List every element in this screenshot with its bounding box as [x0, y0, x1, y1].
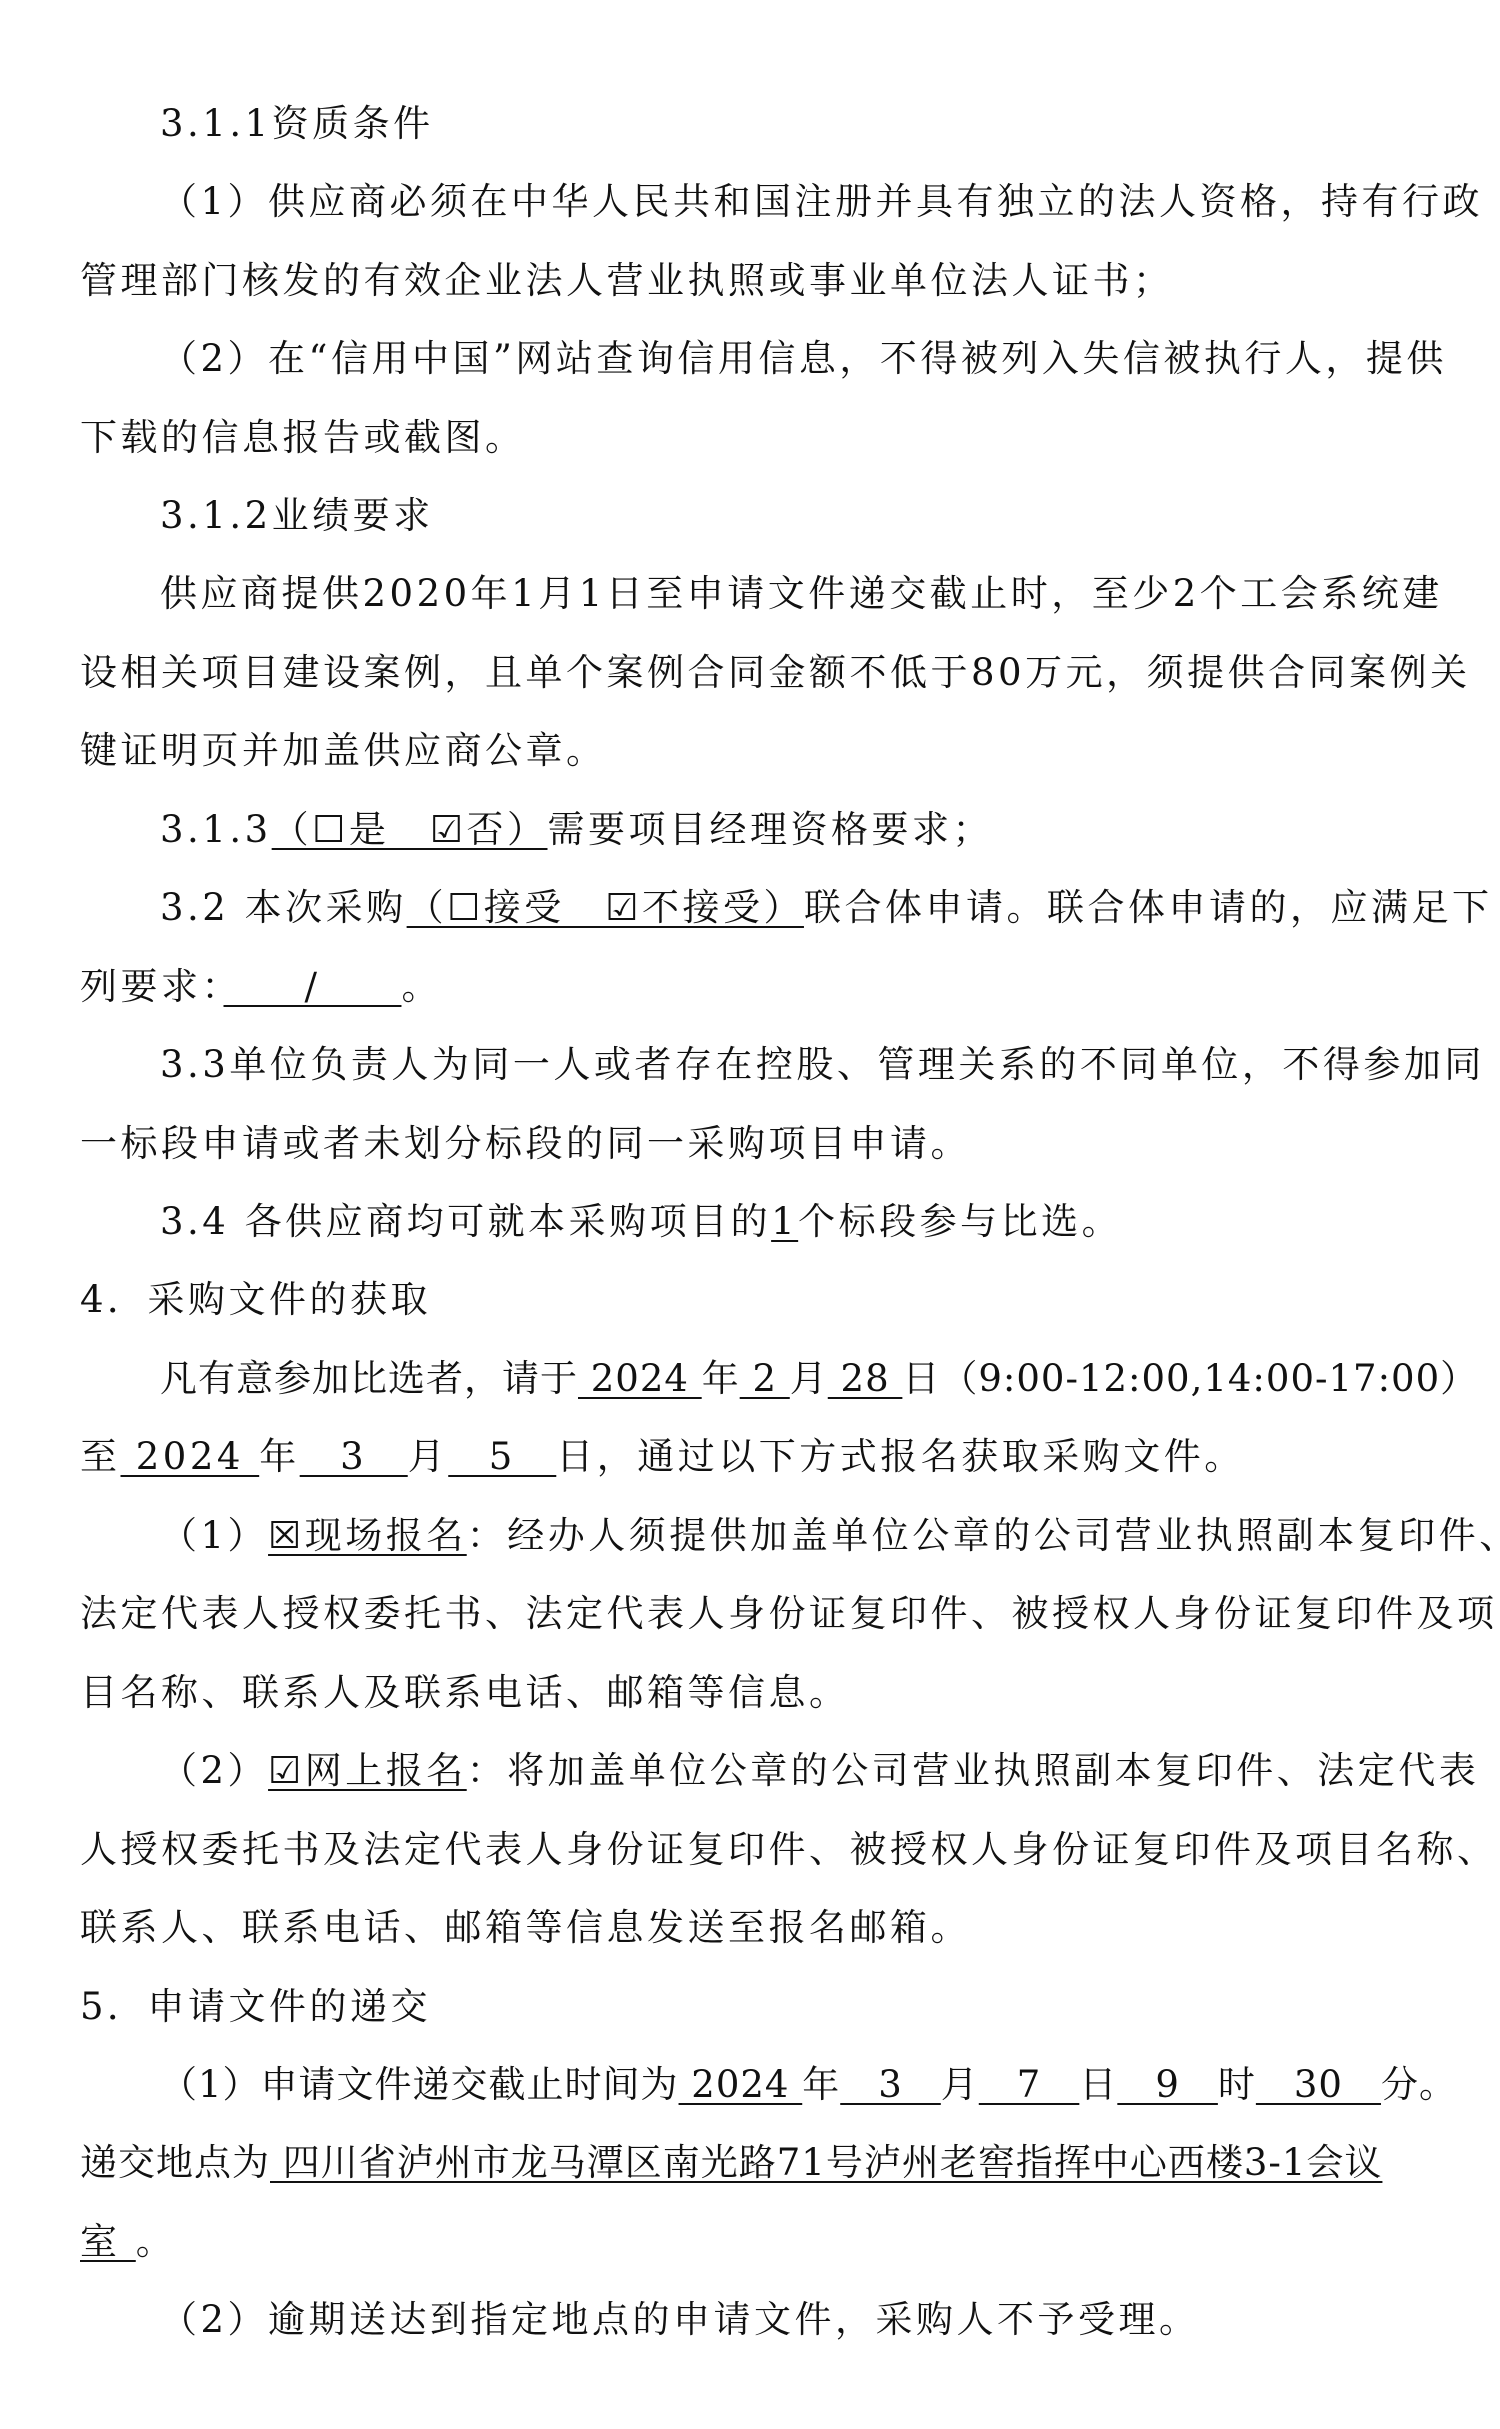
clause-3-2-cont: 列要求： / 。	[80, 965, 1460, 1009]
yes-no-checkbox-group[interactable]: （☐是 ☑否）	[272, 808, 548, 851]
section-5-heading: 5．申请文件的递交	[80, 1985, 1460, 2029]
clause-number: 3.1.3	[160, 808, 272, 851]
paragraph-line: 人授权委托书及法定代表人身份证复印件、被授权人身份证复印件及项目名称、	[80, 1828, 1460, 1872]
paragraph-line: 管理部门核发的有效企业法人营业执照或事业单位法人证书；	[80, 259, 1460, 303]
clause-text: 列要求：	[80, 965, 224, 1008]
text: 至	[80, 1435, 121, 1478]
paragraph-line: 联系人、联系电话、邮箱等信息发送至报名邮箱。	[80, 1906, 1460, 1950]
end-day: 5	[448, 1435, 556, 1478]
paragraph-line: 下载的信息报告或截图。	[80, 416, 1460, 460]
text: （1）	[160, 1514, 268, 1557]
section-4-heading: 4．采购文件的获取	[80, 1278, 1460, 1322]
accept-checkbox-group[interactable]: （☐接受 ☑不接受）	[407, 886, 804, 929]
online-checkbox[interactable]: ☑网上报名	[268, 1749, 467, 1792]
text: 递交地点为	[80, 2141, 270, 2184]
text: ：经办人须提供加盖单位公章的公司营业执照副本复印件、	[467, 1514, 1500, 1557]
text: （1）申请文件递交截止时间为	[160, 2063, 679, 2106]
submission-deadline: （1）申请文件递交截止时间为 2024 年 3 月 7 日 9 时 30 分。	[160, 2063, 1460, 2107]
clause-text: 个标段参与比选。	[798, 1200, 1122, 1243]
blank-field: /	[224, 965, 402, 1008]
location-address: 四川省泸州市龙马潭区南光路71号泸州老窖指挥中心西楼3-1会议	[270, 2141, 1382, 2184]
heading-3-1-2: 3.1.2业绩要求	[160, 494, 1460, 538]
text: 日（9:00-12:00,14:00-17:00）	[902, 1357, 1478, 1400]
text: 年	[702, 1357, 740, 1400]
end-month: 3	[300, 1435, 408, 1478]
text: 月	[408, 1435, 449, 1478]
heading-3-1-1: 3.1.1资质条件	[160, 102, 1460, 146]
text: 凡有意参加比选者，请于	[160, 1357, 578, 1400]
clause-text: 3.4 各供应商均可就本采购项目的	[160, 1200, 771, 1243]
deadline-month: 3	[840, 2063, 941, 2106]
start-month: 2	[740, 1357, 790, 1400]
text: ：将加盖单位公章的公司营业执照副本复印件、法定代表	[467, 1749, 1480, 1792]
deadline-year: 2024	[679, 2063, 803, 2106]
paragraph-line: 设相关项目建设案例，且单个案例合同金额不低于80万元，须提供合同案例关	[80, 651, 1460, 695]
text: 年	[802, 2063, 840, 2106]
clause-text: 联合体申请。联合体申请的，应满足下	[804, 886, 1493, 929]
period: 。	[401, 965, 442, 1008]
text: 。	[136, 2220, 177, 2263]
location-address-cont: 室	[80, 2220, 136, 2263]
text: 日	[1079, 2063, 1117, 2106]
deadline-day: 7	[979, 2063, 1080, 2106]
start-day: 28	[828, 1357, 903, 1400]
clause-3-4: 3.4 各供应商均可就本采购项目的1个标段参与比选。	[160, 1200, 1460, 1244]
text: 月	[790, 1357, 828, 1400]
deadline-minute: 30	[1256, 2063, 1381, 2106]
clause-3-3-cont: 一标段申请或者未划分标段的同一采购项目申请。	[80, 1122, 1460, 1166]
clause-text: 需要项目经理资格要求；	[548, 808, 994, 851]
registration-end-line: 至 2024 年 3 月 5 日，通过以下方式报名获取采购文件。	[80, 1435, 1460, 1479]
onsite-registration: （1）☒现场报名：经办人须提供加盖单位公章的公司营业执照副本复印件、	[160, 1514, 1460, 1558]
onsite-checkbox[interactable]: ☒现场报名	[268, 1514, 467, 1557]
end-year: 2024	[121, 1435, 260, 1478]
text: 月	[941, 2063, 979, 2106]
paragraph-line: 键证明页并加盖供应商公章。	[80, 729, 1460, 773]
clause-3-3: 3.3单位负责人为同一人或者存在控股、管理关系的不同单位，不得参加同	[160, 1043, 1460, 1087]
submission-location-cont: 室 。	[80, 2220, 1460, 2264]
text: 时	[1218, 2063, 1256, 2106]
clause-3-2: 3.2 本次采购（☐接受 ☑不接受）联合体申请。联合体申请的，应满足下	[160, 886, 1460, 930]
registration-start-line: 凡有意参加比选者，请于 2024 年 2 月 28 日（9:00-12:00,1…	[160, 1357, 1460, 1401]
text: 分。	[1381, 2063, 1457, 2106]
paragraph-line: 法定代表人授权委托书、法定代表人身份证复印件、被授权人身份证复印件及项	[80, 1592, 1460, 1636]
late-submission-note: （2）逾期送达到指定地点的申请文件，采购人不予受理。	[160, 2298, 1460, 2342]
clause-3-1-3: 3.1.3（☐是 ☑否）需要项目经理资格要求；	[160, 808, 1460, 852]
paragraph-line: （1）供应商必须在中华人民共和国注册并具有独立的法人资格，持有行政	[160, 180, 1460, 224]
deadline-hour: 9	[1117, 2063, 1218, 2106]
paragraph-line: 供应商提供2020年1月1日至申请文件递交截止时，至少2个工会系统建	[160, 572, 1460, 616]
lot-count: 1	[771, 1200, 798, 1243]
start-year: 2024	[578, 1357, 702, 1400]
paragraph-line: 目名称、联系人及联系电话、邮箱等信息。	[80, 1671, 1460, 1715]
text: 年	[259, 1435, 300, 1478]
online-registration: （2）☑网上报名：将加盖单位公章的公司营业执照副本复印件、法定代表	[160, 1749, 1460, 1793]
submission-location: 递交地点为 四川省泸州市龙马潭区南光路71号泸州老窖指挥中心西楼3-1会议	[80, 2141, 1460, 2185]
paragraph-line: （2）在“信用中国”网站查询信用信息，不得被列入失信被执行人，提供	[160, 337, 1460, 381]
text: 日，通过以下方式报名获取采购文件。	[556, 1435, 1245, 1478]
text: （2）	[160, 1749, 268, 1792]
clause-text: 3.2 本次采购	[160, 886, 407, 929]
